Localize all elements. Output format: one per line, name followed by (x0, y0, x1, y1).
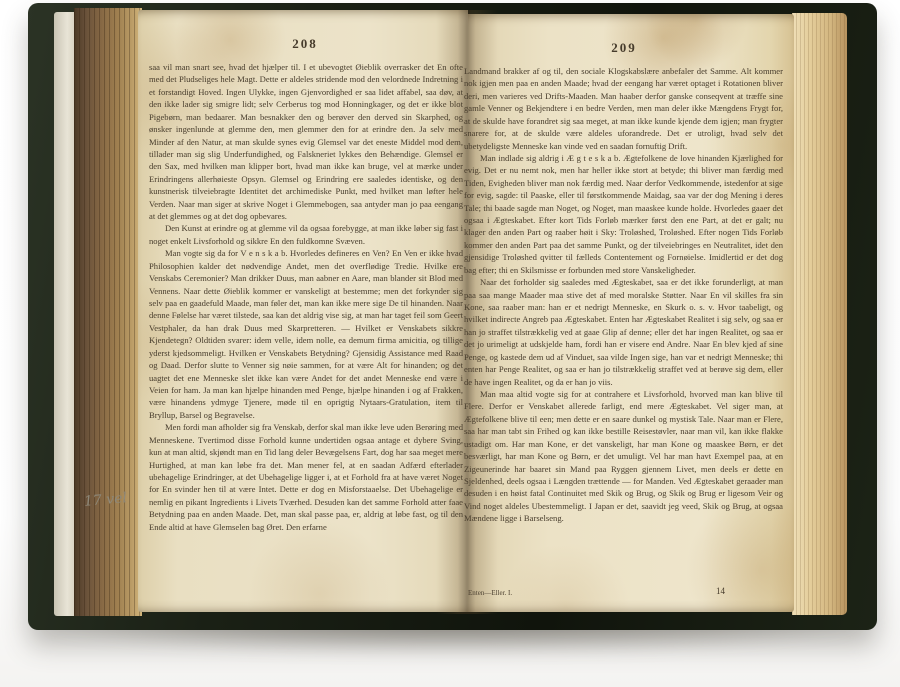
paragraph: Landmand brakker af og til, den sociale … (464, 65, 783, 152)
open-book-photo: 208 209 saa vil man snart see, hvad det … (0, 0, 900, 687)
paragraph: Man vogte sig da for V e n s k a b. Hvor… (149, 247, 463, 421)
footer-sheet-number: 14 (716, 586, 725, 596)
paragraph: Men fordi man afholder sig fra Venskab, … (149, 421, 463, 533)
left-page-block-edge (74, 8, 142, 616)
paragraph: saa vil man snart see, hvad det hjælper … (149, 61, 463, 222)
right-page-number: 209 (466, 40, 782, 56)
paragraph: Man indlade sig aldrig i Æ g t e s k a b… (464, 152, 783, 276)
left-page-number: 208 (150, 36, 460, 52)
footer-title-signature: Enten—Eller. I. (468, 589, 512, 597)
left-endpaper-edge (54, 12, 76, 616)
paragraph: Man maa altid vogte sig for at contraher… (464, 388, 783, 525)
left-page-text: saa vil man snart see, hvad det hjælper … (149, 61, 463, 609)
paragraph: Naar det forholder sig saaledes med Ægte… (464, 276, 783, 388)
paragraph: Den Kunst at erindre og at glemme vil da… (149, 222, 463, 247)
right-page-text: Landmand brakker af og til, den sociale … (464, 65, 783, 610)
right-page-block-edge (792, 13, 847, 615)
